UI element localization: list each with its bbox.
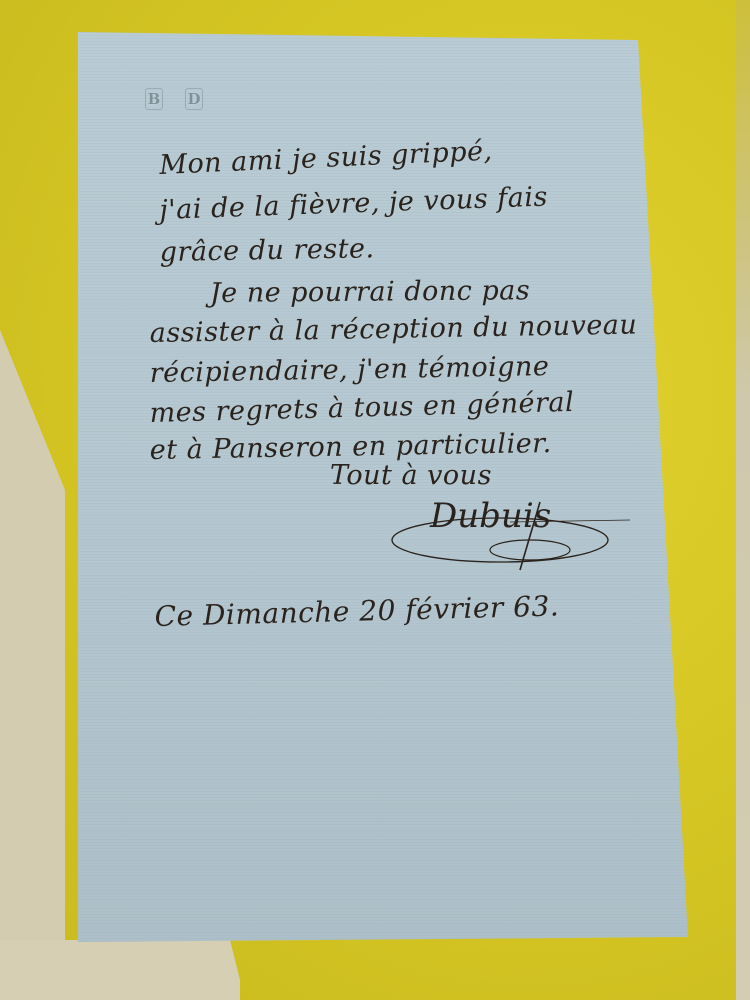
- monogram-letter: B: [145, 88, 163, 110]
- closing-line: Tout à vous: [330, 460, 492, 491]
- cream-backing-sheet-right: [736, 0, 750, 1000]
- signature: Dubuis: [390, 492, 630, 572]
- cream-backing-sheet-bottom: [0, 940, 240, 1000]
- signature-name: Dubuis: [430, 496, 551, 536]
- letter-line: grâce du reste.: [159, 233, 374, 268]
- embossed-monogram: B D: [145, 88, 203, 110]
- letter-line: Je ne pourrai donc pas: [210, 275, 531, 309]
- monogram-letter: D: [185, 88, 203, 110]
